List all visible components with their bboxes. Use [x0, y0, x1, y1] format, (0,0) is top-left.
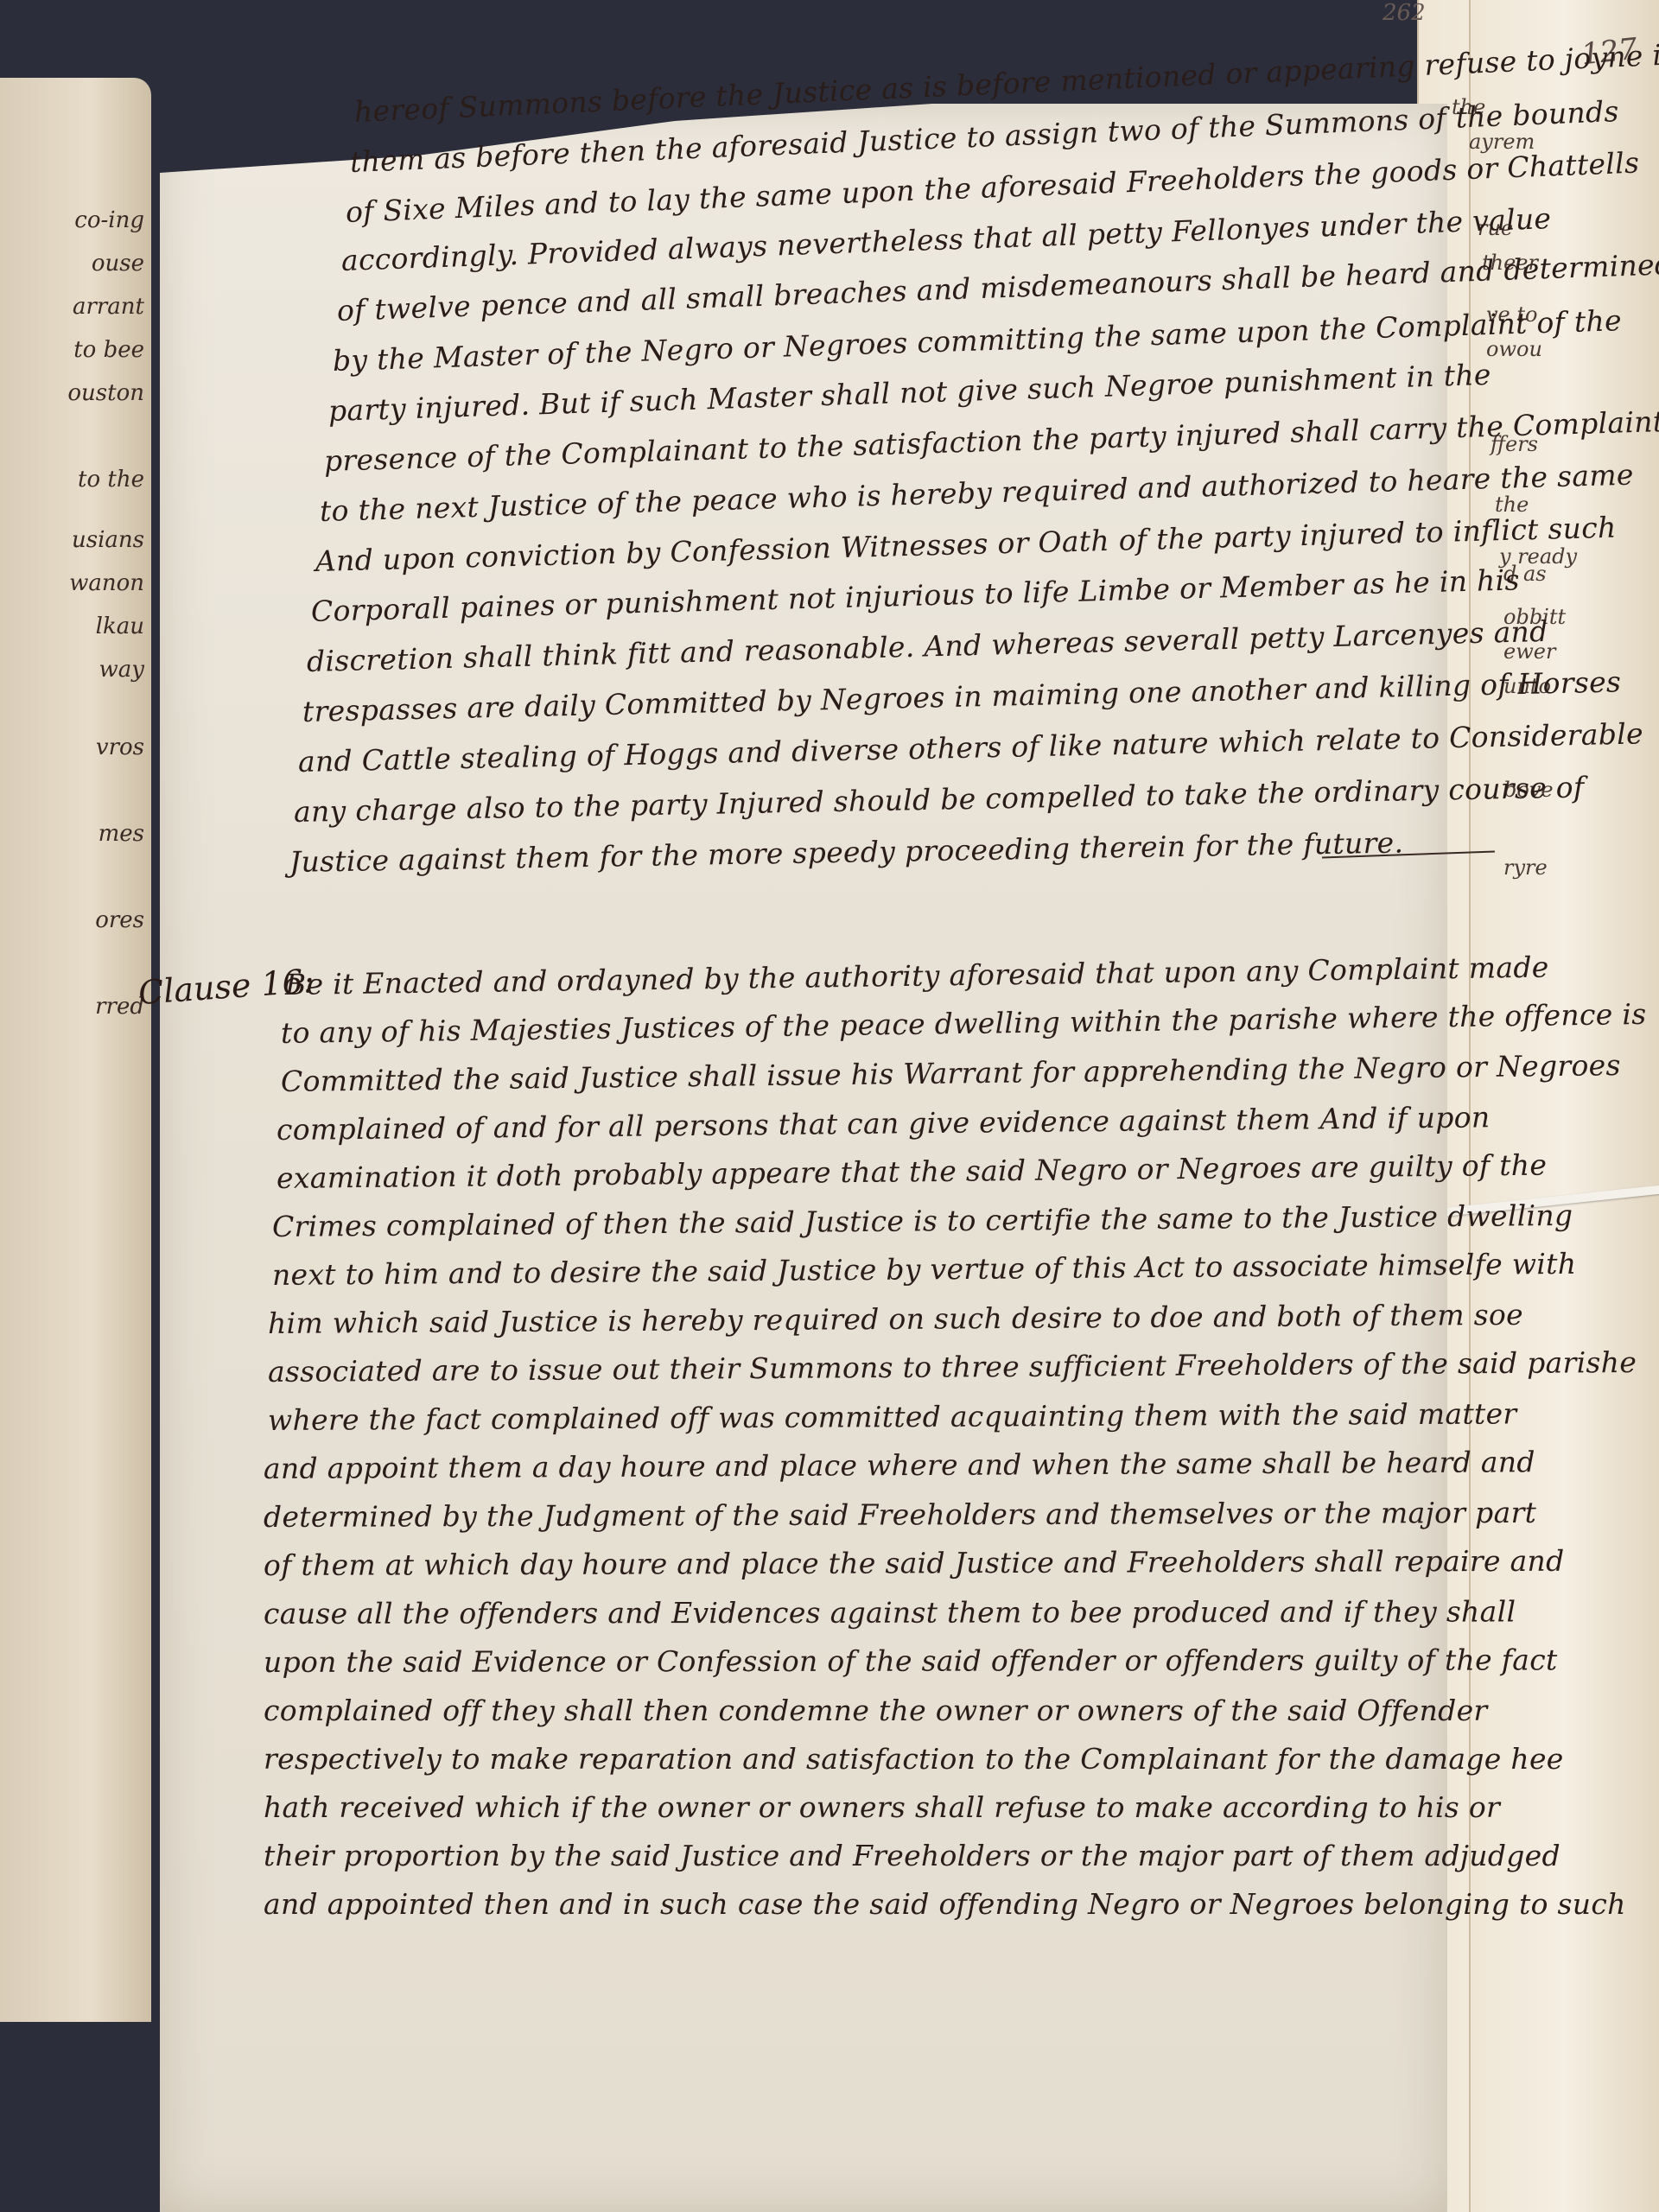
text-line: cause all the offenders and Evidences ag… — [264, 1594, 1516, 1630]
text-line: of them at which day houre and place the… — [264, 1544, 1565, 1582]
text-line: upon the said Evidence or Confession of … — [264, 1643, 1558, 1679]
text-line: determined by the Judgment of the said F… — [264, 1496, 1536, 1534]
left-page-fragment: co-ing — [74, 207, 144, 233]
text-line: complained off they shall then condemne … — [264, 1694, 1487, 1727]
text-line: hath received which if the owner or owne… — [264, 1790, 1500, 1824]
left-page-fragment: usians — [72, 527, 144, 553]
text-line: their proportion by the said Justice and… — [264, 1839, 1560, 1872]
left-page-fragment: vros — [96, 734, 144, 760]
left-page-fragment: rred — [95, 994, 144, 1020]
left-page-fragment: ores — [95, 907, 144, 933]
left-page-fragment: arrant — [73, 294, 144, 320]
left-page-fragment: way — [99, 657, 144, 683]
left-page-fragment: lkau — [96, 613, 144, 639]
text-line: and appointed then and in such case the … — [264, 1887, 1626, 1921]
left-page-fragment: mes — [99, 821, 144, 847]
left-page-fragment: to bee — [73, 337, 144, 363]
text-line: respectively to make reparation and sati… — [264, 1742, 1564, 1776]
text-line: and appoint them a day houre and place w… — [264, 1445, 1535, 1485]
text-line: where the fact complained off was commit… — [268, 1396, 1517, 1437]
folio-number-top: 262 — [1382, 0, 1426, 26]
edge-fragment: ryre — [1503, 855, 1548, 880]
left-page-fragment: ouston — [67, 380, 144, 406]
facing-left-page: co-ing ouse arrant to bee ouston to the … — [0, 78, 151, 2022]
left-page-fragment: to the — [78, 467, 144, 493]
left-page-fragment: ouse — [92, 251, 144, 276]
left-page-fragment: wanon — [69, 570, 144, 596]
